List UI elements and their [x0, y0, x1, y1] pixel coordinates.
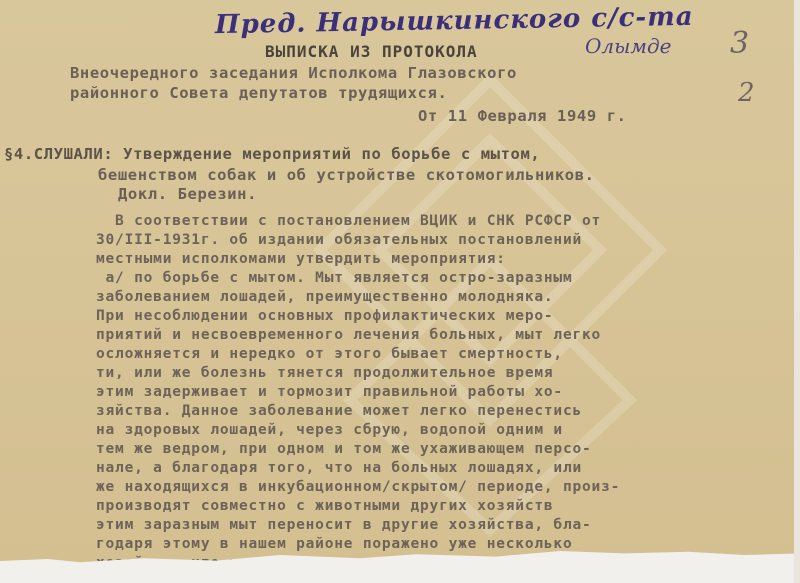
body-line: приятий и несвоевременного лечения больн…: [96, 327, 601, 343]
agenda-line-1: §4.СЛУШАЛИ: Утверждение мероприятий по б…: [4, 145, 540, 163]
body-line: производят совместно с животными других …: [96, 498, 553, 514]
document-title: ВЫПИСКА ИЗ ПРОТОКОЛА: [265, 42, 478, 61]
body-line: на здоровых лошадей, через сбрую, водопо…: [96, 422, 563, 438]
body-line: местными исполкомами утвердить мероприят…: [96, 251, 506, 267]
body-line: заболеванием лошадей, преимущественно мо…: [96, 289, 553, 305]
body-line: тем же ведром, при одном и том же ухажив…: [96, 441, 592, 457]
body-line: 30/III-1931г. об издании обязательных по…: [96, 232, 582, 248]
archival-document-page: Пред. Нарышкинского с/с-та Олымде 3 2 ВЫ…: [0, 0, 800, 583]
body-line: же находящихся в инкубационном/скрытом/ …: [96, 479, 620, 495]
pencil-mark-page-number: 3: [730, 26, 749, 61]
body-line: ти, или же болезнь тянется продолжительн…: [96, 365, 553, 381]
body-line: а/ по борьбе с мытом. Мыт является остро…: [96, 270, 573, 286]
agenda-line-2: бешенством собак и об устройстве скотомо…: [98, 166, 595, 184]
page-edge: [794, 0, 800, 583]
agenda-line-3: Докл. Березин.: [118, 185, 257, 203]
pencil-mark-sheet-number: 2: [738, 78, 755, 108]
body-line: этим заразным мыт переносит в другие хоз…: [96, 517, 592, 533]
document-date: От 11 Февраля 1949 г.: [418, 107, 627, 125]
body-line: При несоблюдении основных профилактическ…: [96, 308, 553, 324]
document-subtitle-line-1: Внеочередного заседания Исполкома Глазов…: [70, 64, 517, 82]
body-line: осложняется и нередко от этого бывает см…: [96, 346, 563, 362]
handwritten-note: Олымде: [585, 34, 672, 58]
document-subtitle-line-2: районного Совета депутатов трудящихся.: [70, 84, 447, 102]
body-line: этим задерживает и тормозит правильной р…: [96, 384, 563, 400]
body-line: нале, а благодаря того, что на больных л…: [96, 460, 582, 476]
body-line: В соответствии с постановлением ВЦИК и С…: [96, 213, 601, 229]
body-line: годаря этому в нашем районе поражено уже…: [96, 536, 573, 552]
body-line: зяйства. Данное заболевание может легко …: [96, 403, 582, 419]
